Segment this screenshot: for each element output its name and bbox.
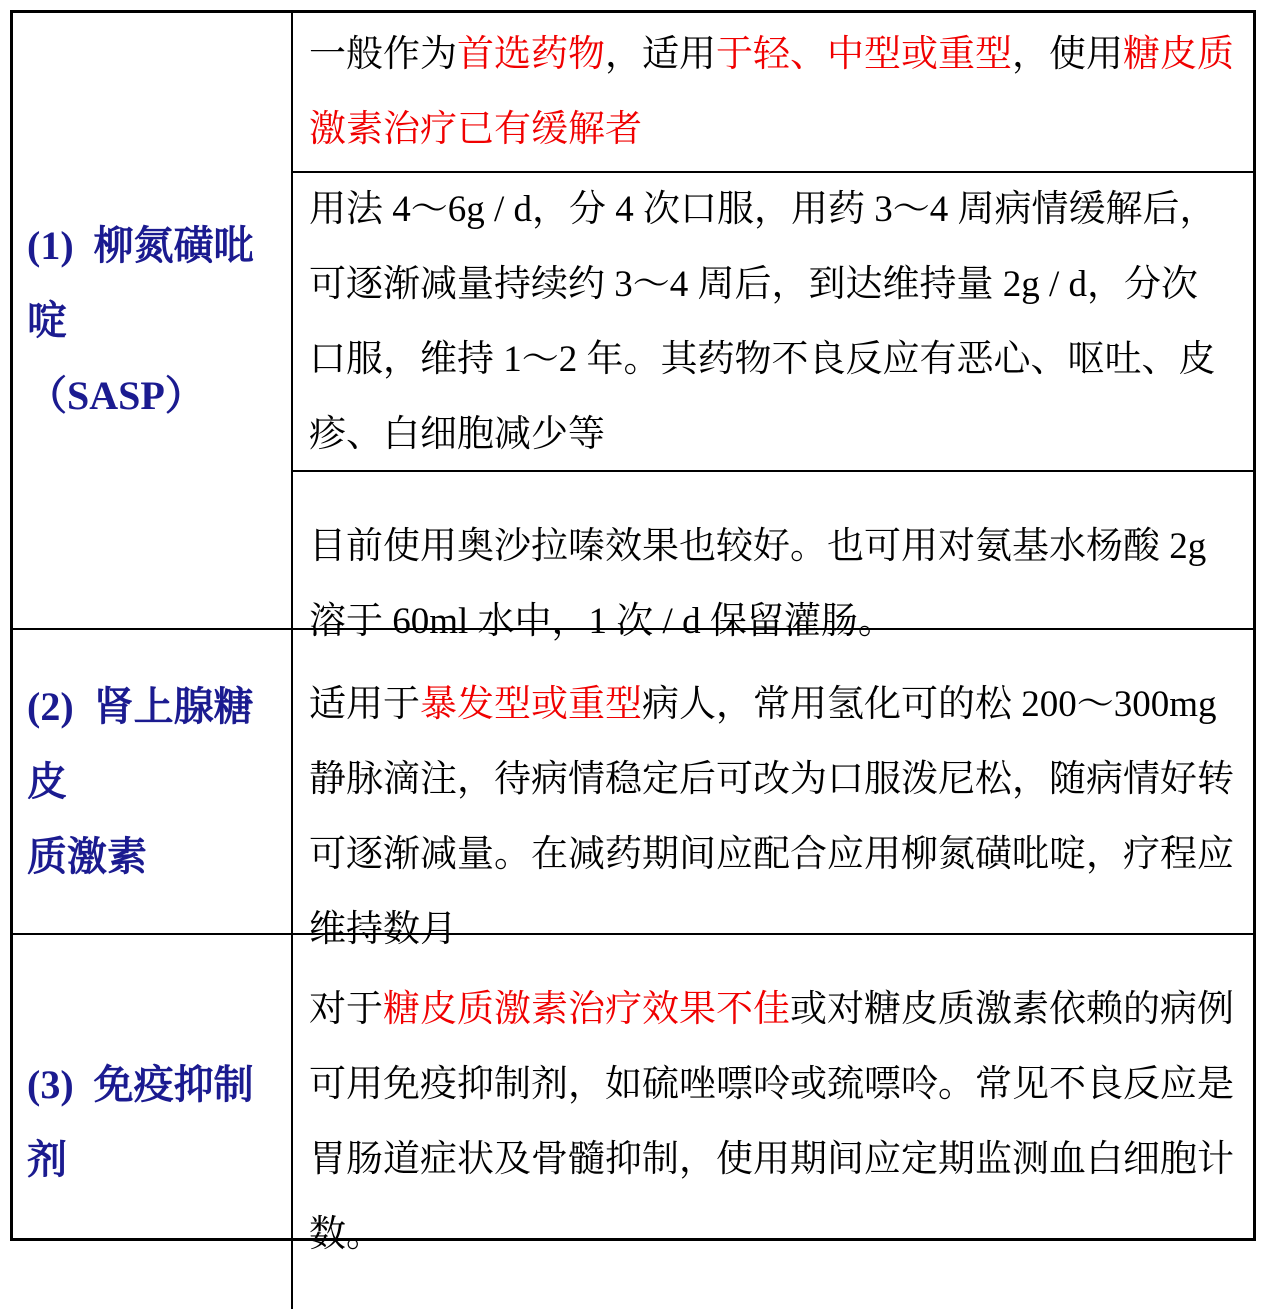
text-segment: ，适用	[605, 34, 716, 75]
text-segment: 适用于	[309, 684, 420, 725]
drug-abbreviation-line: （SASP）	[27, 358, 285, 433]
sasp-indication-cell: 一般作为首选药物，适用于轻、中型或重型，使用糖皮质激素治疗已有缓解者	[293, 13, 1253, 171]
sasp-dosage-text: 用法 4～6g / d，分 4 次口服，用药 3～4 周病情缓解后，可逐渐减量持…	[293, 172, 1253, 472]
text-segment: 用法 4～6g / d，分 4 次口服，用药 3～4 周病情缓解后，可逐渐减量持…	[309, 189, 1217, 455]
table-row-glucocorticoid: (2) 肾上腺糖皮 质激素 适用于暴发型或重型病人，常用氢化可的松 200～30…	[13, 628, 1253, 933]
drug-name-cell-immunosuppressant: (3) 免疫抑制剂	[13, 935, 291, 1309]
table-row-immunosuppressant: (3) 免疫抑制剂 对于糖皮质激素治疗效果不佳或对糖皮质激素依赖的病例可用免疫抑…	[13, 933, 1253, 1309]
table-row-sasp: (1) 柳氮磺吡啶 （SASP） 一般作为首选药物，适用于轻、中型或重型，使用糖…	[13, 13, 1253, 628]
treatment-table: (1) 柳氮磺吡啶 （SASP） 一般作为首选药物，适用于轻、中型或重型，使用糖…	[10, 10, 1256, 1241]
drug-name-cell-sasp: (1) 柳氮磺吡啶 （SASP）	[13, 13, 291, 628]
text-segment: ，使用	[1012, 34, 1123, 75]
sasp-indication-text: 一般作为首选药物，适用于轻、中型或重型，使用糖皮质激素治疗已有缓解者	[293, 17, 1253, 167]
highlighted-text-segment: 于轻、中型或重型	[716, 34, 1012, 75]
highlighted-text-segment: 首选药物	[457, 34, 605, 75]
text-segment: 一般作为	[309, 34, 457, 75]
highlighted-text-segment: 暴发型或重型	[420, 684, 642, 725]
drug-name-cell-glucocorticoid: (2) 肾上腺糖皮 质激素	[13, 630, 291, 933]
text-segment: 对于	[309, 989, 383, 1030]
drug-name-line: (3) 免疫抑制剂	[27, 1047, 285, 1197]
glucocorticoid-detail-column: 适用于暴发型或重型病人，常用氢化可的松 200～300mg 静脉滴注，待病情稳定…	[291, 630, 1253, 933]
drug-name-line: (2) 肾上腺糖皮	[27, 669, 285, 819]
drug-name-line: 质激素	[27, 819, 285, 894]
sasp-detail-column: 一般作为首选药物，适用于轻、中型或重型，使用糖皮质激素治疗已有缓解者 用法 4～…	[291, 13, 1253, 628]
sasp-dosage-cell: 用法 4～6g / d，分 4 次口服，用药 3～4 周病情缓解后，可逐渐减量持…	[293, 171, 1253, 470]
highlighted-text-segment: 糖皮质激素治疗效果不佳	[383, 989, 790, 1030]
drug-name-line: (1) 柳氮磺吡啶	[27, 208, 285, 358]
immunosuppressant-description-cell: 对于糖皮质激素治疗效果不佳或对糖皮质激素依赖的病例可用免疫抑制剂，如硫唑嘌呤或巯…	[293, 935, 1253, 1309]
glucocorticoid-description-text: 适用于暴发型或重型病人，常用氢化可的松 200～300mg 静脉滴注，待病情稳定…	[293, 667, 1253, 967]
text-segment: 目前使用奥沙拉嗪效果也较好。也可用对氨基水杨酸 2g 溶于 60ml 水中，1 …	[309, 526, 1216, 642]
immunosuppressant-detail-column: 对于糖皮质激素治疗效果不佳或对糖皮质激素依赖的病例可用免疫抑制剂，如硫唑嘌呤或巯…	[291, 935, 1253, 1309]
immunosuppressant-description-text: 对于糖皮质激素治疗效果不佳或对糖皮质激素依赖的病例可用免疫抑制剂，如硫唑嘌呤或巯…	[293, 972, 1253, 1272]
